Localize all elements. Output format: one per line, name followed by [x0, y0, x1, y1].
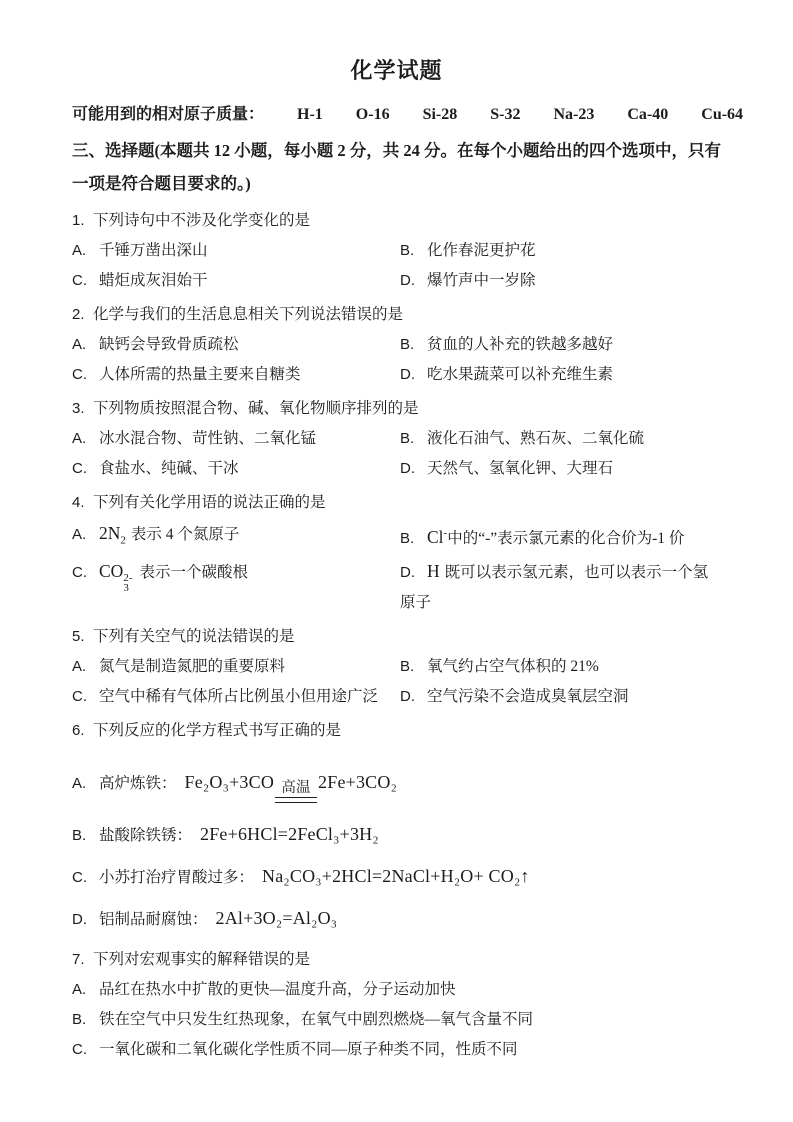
question-stem-text: 下列反应的化学方程式书写正确的是 [93, 722, 341, 739]
option-text: 天然气、氢氧化钾、大理石 [427, 460, 613, 477]
question-5-option-a: A.氮气是制造氮肥的重要原料 [72, 652, 400, 682]
atomic-masses-label: 可能用到的相对原子质量： [72, 106, 264, 123]
option-label: B. [400, 330, 427, 360]
atomic-mass-item: Na-23 [553, 106, 594, 123]
option-text: 一氧化碳和二氧化碳化学性质不同—原子种类不同，性质不同 [99, 1041, 518, 1058]
option-label: B. [400, 424, 427, 454]
option-text: 化作春泥更护花 [427, 242, 536, 259]
exam-page: 化学试题 可能用到的相对原子质量：H-1O-16Si-28S-32Na-23Ca… [0, 0, 793, 1065]
atomic-mass-item: H-1 [297, 106, 323, 123]
question-5-option-d: D.空气污染不会造成臭氧层空洞 [400, 682, 721, 712]
option-text: 既可以表示氢元素，也可以表示一个氢原子 [400, 564, 708, 611]
question-4: 4.下列有关化学用语的说法正确的是 A.2N2表示 4 个氮原子 B.Cl-中的… [72, 488, 721, 618]
question-7-option-b: B.铁在空气中只发生红热现象，在氧气中剧烈燃烧—氧气含量不同 [72, 1005, 721, 1035]
option-text: 空气污染不会造成臭氧层空洞 [427, 688, 629, 705]
question-2-options: A.缺钙会导致骨质疏松 B.贫血的人补充的铁越多越好 C.人体所需的热量主要来自… [72, 330, 721, 390]
option-label: C. [72, 558, 99, 588]
option-label: B. [400, 524, 427, 554]
option-label: A. [72, 330, 99, 360]
question-2-stem: 2.化学与我们的生活息息相关下列说法错误的是 [72, 300, 721, 330]
question-5-stem: 5.下列有关空气的说法错误的是 [72, 622, 721, 652]
option-label: D. [400, 266, 427, 296]
question-number: 5. [72, 622, 86, 652]
option-text: 品红在热水中扩散的更快—温度升高，分子运动加快 [99, 981, 456, 998]
question-1-option-c: C.蜡炬成灰泪始干 [72, 266, 400, 296]
chemical-equation: Fe₂O₃+3CO高温2Fe+3CO₂ [185, 772, 398, 792]
option-label: A. [72, 975, 99, 1005]
option-text: 空气中稀有气体所占比例虽小但用途广泛 [99, 688, 378, 705]
option-label: D. [400, 360, 427, 390]
question-4-option-c: C.CO2-3表示一个碳酸根 [72, 556, 400, 618]
option-label: D. [400, 454, 427, 484]
question-stem-text: 下列物质按照混合物、碱、氧化物顺序排列的是 [93, 400, 419, 417]
option-label: A. [72, 652, 99, 682]
question-1-stem: 1.下列诗句中不涉及化学变化的是 [72, 206, 721, 236]
option-text: 表示 4 个氮原子 [131, 526, 240, 543]
question-4-option-b: B.Cl-中的“-”表示氯元素的化合价为-1 价 [400, 518, 721, 556]
question-number: 2. [72, 300, 86, 330]
chemical-equation: 2Al+3O₂=Al₂O₃ [216, 908, 338, 928]
question-6-option-d: D.铝制品耐腐蚀：2Al+3O₂=Al₂O₃ [72, 903, 721, 935]
option-label: A. [72, 769, 99, 799]
question-3-option-b: B.液化石油气、熟石灰、二氧化硫 [400, 424, 721, 454]
option-text: 中的“-”表示氯元素的化合价为-1 价 [447, 530, 684, 547]
option-label: C. [72, 1035, 99, 1065]
option-text: 氧气约占空气体积的 21% [427, 658, 599, 675]
option-label: B. [400, 652, 427, 682]
question-4-options: A.2N2表示 4 个氮原子 B.Cl-中的“-”表示氯元素的化合价为-1 价 … [72, 518, 721, 618]
option-text: 铁在空气中只发生红热现象，在氧气中剧烈燃烧—氧气含量不同 [99, 1011, 533, 1028]
question-number: 6. [72, 716, 86, 746]
option-text: 人体所需的热量主要来自糖类 [99, 366, 301, 383]
question-6-option-c: C.小苏打治疗胃酸过多：Na₂CO₃+2HCl=2NaCl+H₂O+ CO₂↑ [72, 861, 721, 893]
question-3-option-a: A.冰水混合物、苛性钠、二氧化锰 [72, 424, 400, 454]
question-stem-text: 化学与我们的生活息息相关下列说法错误的是 [93, 306, 403, 323]
equation-prefix: 铝制品耐腐蚀： [99, 911, 208, 928]
question-1: 1.下列诗句中不涉及化学变化的是 A.千锤万凿出深山 B.化作春泥更护花 C.蜡… [72, 206, 721, 296]
chemical-formula: CO2-3 [99, 561, 134, 581]
question-3-option-c: C.食盐水、纯碱、干冰 [72, 454, 400, 484]
option-label: D. [400, 682, 427, 712]
atomic-mass-item: S-32 [490, 106, 520, 123]
option-label: C. [72, 682, 99, 712]
question-2-option-a: A.缺钙会导致骨质疏松 [72, 330, 400, 360]
question-2-option-c: C.人体所需的热量主要来自糖类 [72, 360, 400, 390]
reaction-condition: 高温 [275, 780, 317, 803]
atomic-mass-item: Si-28 [423, 106, 458, 123]
equation-double-line [275, 797, 317, 803]
question-6: 6.下列反应的化学方程式书写正确的是 A.高炉炼铁：Fe₂O₃+3CO高温2Fe… [72, 716, 721, 935]
atomic-masses-line: 可能用到的相对原子质量：H-1O-16Si-28S-32Na-23Ca-40Cu… [72, 102, 721, 128]
chemical-formula: H [427, 561, 440, 581]
question-5-options: A.氮气是制造氮肥的重要原料 B.氧气约占空气体积的 21% C.空气中稀有气体… [72, 652, 721, 712]
option-label: B. [72, 821, 99, 851]
option-label: B. [400, 236, 427, 266]
option-label: D. [400, 558, 427, 588]
question-number: 3. [72, 394, 86, 424]
chemical-formula: 2N2 [99, 523, 126, 543]
option-text: 贫血的人补充的铁越多越好 [427, 336, 613, 353]
question-3: 3.下列物质按照混合物、碱、氧化物顺序排列的是 A.冰水混合物、苛性钠、二氧化锰… [72, 394, 721, 484]
chemical-equation: Na₂CO₃+2HCl=2NaCl+H₂O+ CO₂↑ [262, 866, 530, 886]
option-label: C. [72, 266, 99, 296]
question-5-option-c: C.空气中稀有气体所占比例虽小但用途广泛 [72, 682, 400, 712]
question-stem-text: 下列有关化学用语的说法正确的是 [93, 494, 326, 511]
question-number: 1. [72, 206, 86, 236]
question-5: 5.下列有关空气的说法错误的是 A.氮气是制造氮肥的重要原料 B.氧气约占空气体… [72, 622, 721, 712]
option-label: A. [72, 236, 99, 266]
question-stem-text: 下列诗句中不涉及化学变化的是 [93, 212, 310, 229]
option-text: 冰水混合物、苛性钠、二氧化锰 [99, 430, 316, 447]
question-7-option-a: A.品红在热水中扩散的更快—温度升高，分子运动加快 [72, 975, 721, 1005]
atomic-mass-item: Ca-40 [627, 106, 668, 123]
option-label: C. [72, 863, 99, 893]
option-text: 食盐水、纯碱、干冰 [99, 460, 239, 477]
equation-prefix: 小苏打治疗胃酸过多： [99, 869, 254, 886]
option-text: 千锤万凿出深山 [99, 242, 208, 259]
question-7: 7.下列对宏观事实的解释错误的是 A.品红在热水中扩散的更快—温度升高，分子运动… [72, 945, 721, 1065]
question-4-stem: 4.下列有关化学用语的说法正确的是 [72, 488, 721, 518]
question-7-stem: 7.下列对宏观事实的解释错误的是 [72, 945, 721, 975]
equation-prefix: 盐酸除铁锈： [99, 827, 192, 844]
question-1-option-b: B.化作春泥更护花 [400, 236, 721, 266]
option-label: A. [72, 424, 99, 454]
option-text: 蜡炬成灰泪始干 [99, 272, 208, 289]
option-text: 表示一个碳酸根 [139, 564, 248, 581]
question-1-options: A.千锤万凿出深山 B.化作春泥更护花 C.蜡炬成灰泪始干 D.爆竹声中一岁除 [72, 236, 721, 296]
question-6-stem: 6.下列反应的化学方程式书写正确的是 [72, 716, 721, 746]
question-1-option-d: D.爆竹声中一岁除 [400, 266, 721, 296]
question-number: 7. [72, 945, 86, 975]
question-4-option-a: A.2N2表示 4 个氮原子 [72, 518, 400, 556]
question-2: 2.化学与我们的生活息息相关下列说法错误的是 A.缺钙会导致骨质疏松 B.贫血的… [72, 300, 721, 390]
question-4-option-d: D.H既可以表示氢元素，也可以表示一个氢原子 [400, 556, 721, 618]
section-header: 三、选择题(本题共 12 小题，每小题 2 分，共 24 分。在每个小题给出的四… [72, 134, 721, 200]
question-5-option-b: B.氧气约占空气体积的 21% [400, 652, 721, 682]
question-3-option-d: D.天然气、氢氧化钾、大理石 [400, 454, 721, 484]
option-label: B. [72, 1005, 99, 1035]
option-label: C. [72, 454, 99, 484]
question-2-option-b: B.贫血的人补充的铁越多越好 [400, 330, 721, 360]
question-3-stem: 3.下列物质按照混合物、碱、氧化物顺序排列的是 [72, 394, 721, 424]
option-text: 缺钙会导致骨质疏松 [99, 336, 239, 353]
page-title: 化学试题 [72, 56, 721, 86]
question-2-option-d: D.吃水果蔬菜可以补充维生素 [400, 360, 721, 390]
atomic-mass-item: Cu-64 [701, 106, 743, 123]
question-stem-text: 下列对宏观事实的解释错误的是 [93, 951, 310, 968]
chemical-equation: 2Fe+6HCl=2FeCl₃+3H₂ [200, 824, 379, 844]
option-label: D. [72, 905, 99, 935]
question-stem-text: 下列有关空气的说法错误的是 [93, 628, 295, 645]
equation-prefix: 高炉炼铁： [99, 775, 177, 792]
option-label: A. [72, 520, 99, 550]
atomic-mass-item: O-16 [356, 106, 390, 123]
question-number: 4. [72, 488, 86, 518]
option-label: C. [72, 360, 99, 390]
option-text: 氮气是制造氮肥的重要原料 [99, 658, 285, 675]
option-text: 液化石油气、熟石灰、二氧化硫 [427, 430, 644, 447]
question-1-option-a: A.千锤万凿出深山 [72, 236, 400, 266]
option-text: 吃水果蔬菜可以补充维生素 [427, 366, 613, 383]
question-6-option-b: B.盐酸除铁锈：2Fe+6HCl=2FeCl₃+3H₂ [72, 819, 721, 851]
question-3-options: A.冰水混合物、苛性钠、二氧化锰 B.液化石油气、熟石灰、二氧化硫 C.食盐水、… [72, 424, 721, 484]
chemical-formula: Cl- [427, 527, 447, 547]
question-7-option-c: C.一氧化碳和二氧化碳化学性质不同—原子种类不同，性质不同 [72, 1035, 721, 1065]
option-text: 爆竹声中一岁除 [427, 272, 536, 289]
question-6-option-a: A.高炉炼铁：Fe₂O₃+3CO高温2Fe+3CO₂ [72, 755, 721, 803]
formula-subsup-stack: 2-3 [123, 573, 132, 593]
